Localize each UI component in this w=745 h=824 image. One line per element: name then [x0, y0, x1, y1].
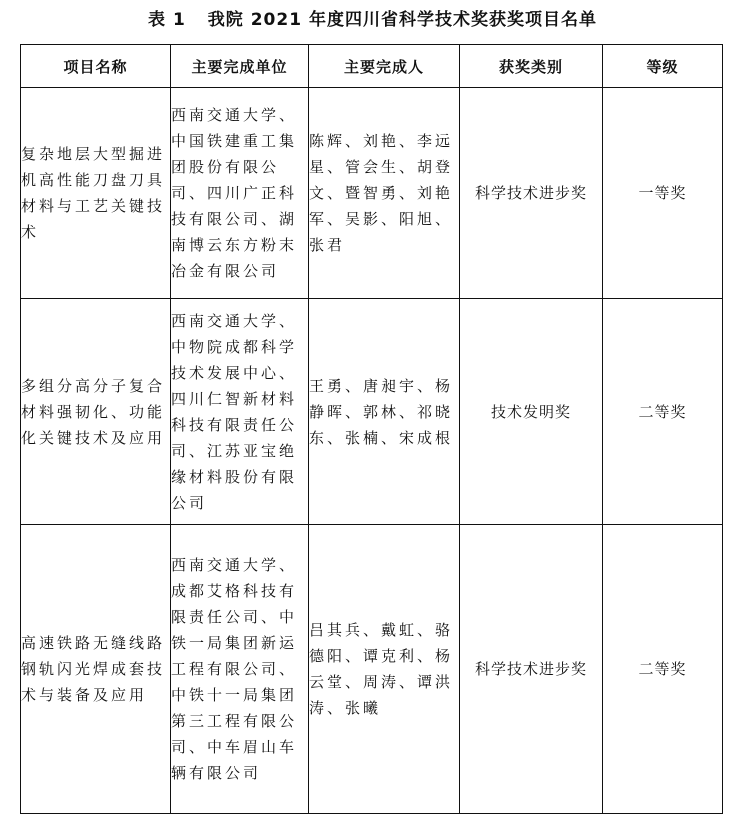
units-cell: 西南交通大学、中物院成都科学技术发展中心、四川仁智新材料科技有限责任公司、江苏亚… — [171, 299, 309, 525]
header-main-people: 主要完成人 — [309, 45, 460, 88]
people-cell: 王勇、唐昶宇、杨静晖、郭林、祁晓东、张楠、宋成根 — [309, 299, 460, 525]
header-award-category: 获奖类别 — [460, 45, 603, 88]
project-name-cell: 高速铁路无缝线路钢轨闪光焊成套技术与装备及应用 — [21, 525, 171, 814]
table-row: 高速铁路无缝线路钢轨闪光焊成套技术与装备及应用 西南交通大学、成都艾格科技有限责… — [21, 525, 723, 814]
table-row: 复杂地层大型掘进机高性能刀盘刀具材料与工艺关键技术 西南交通大学、中国铁建重工集… — [21, 88, 723, 299]
people-cell: 吕其兵、戴虹、骆德阳、谭克利、杨云堂、周涛、谭洪涛、张曦 — [309, 525, 460, 814]
people-cell: 陈辉、刘艳、李远星、管会生、胡登文、暨智勇、刘艳军、吴影、阳旭、张君 — [309, 88, 460, 299]
table-row: 多组分高分子复合材料强韧化、功能化关键技术及应用 西南交通大学、中物院成都科学技… — [21, 299, 723, 525]
category-cell: 科学技术进步奖 — [460, 88, 603, 299]
header-grade: 等级 — [603, 45, 723, 88]
project-name-cell: 多组分高分子复合材料强韧化、功能化关键技术及应用 — [21, 299, 171, 525]
grade-cell: 二等奖 — [603, 299, 723, 525]
units-cell: 西南交通大学、成都艾格科技有限责任公司、中铁一局集团新运工程有限公司、中铁十一局… — [171, 525, 309, 814]
category-cell: 技术发明奖 — [460, 299, 603, 525]
table-caption: 表 1我院 2021 年度四川省科学技术奖获奖项目名单 — [0, 6, 745, 34]
table-number: 表 1 — [148, 10, 186, 30]
header-project-name: 项目名称 — [21, 45, 171, 88]
awards-table: 项目名称 主要完成单位 主要完成人 获奖类别 等级 复杂地层大型掘进机高性能刀盘… — [20, 44, 723, 814]
header-row: 项目名称 主要完成单位 主要完成人 获奖类别 等级 — [21, 45, 723, 88]
table-title: 我院 2021 年度四川省科学技术奖获奖项目名单 — [208, 10, 597, 30]
units-cell: 西南交通大学、中国铁建重工集团股份有限公司、四川广正科技有限公司、湖南博云东方粉… — [171, 88, 309, 299]
header-main-units: 主要完成单位 — [171, 45, 309, 88]
grade-cell: 一等奖 — [603, 88, 723, 299]
category-cell: 科学技术进步奖 — [460, 525, 603, 814]
grade-cell: 二等奖 — [603, 525, 723, 814]
project-name-cell: 复杂地层大型掘进机高性能刀盘刀具材料与工艺关键技术 — [21, 88, 171, 299]
